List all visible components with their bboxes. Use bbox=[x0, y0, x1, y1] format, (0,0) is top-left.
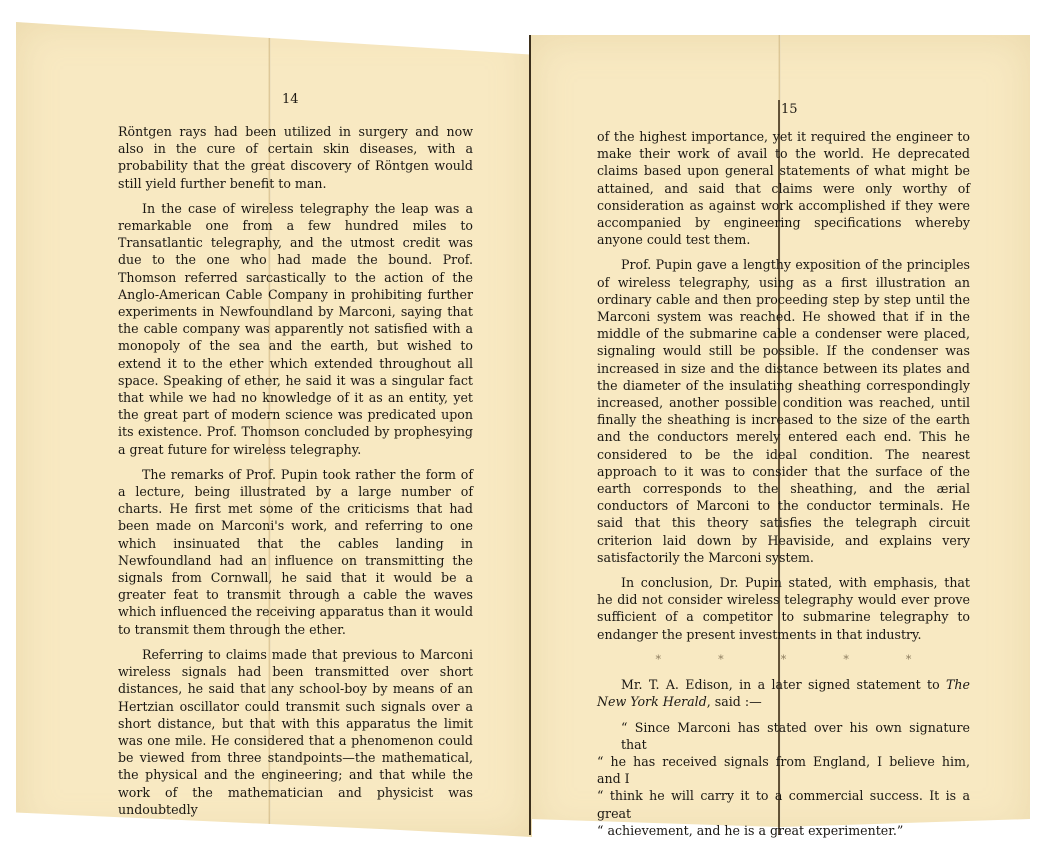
paragraph: of the highest importance, yet it requir… bbox=[597, 128, 970, 248]
edison-intro: Mr. T. A. Edison, in a later signed stat… bbox=[597, 676, 970, 710]
asterisk: * bbox=[781, 651, 787, 668]
paragraph: In conclusion, Dr. Pupin stated, with em… bbox=[597, 574, 970, 643]
paragraph: In the case of wireless telegraphy the l… bbox=[118, 200, 473, 458]
quote-line: “ he has received signals from England, … bbox=[597, 753, 970, 787]
paragraph: The remarks of Prof. Pupin took rather t… bbox=[118, 466, 473, 638]
quote-line: “ Since Marconi has stated over his own … bbox=[597, 719, 970, 753]
page-number-right: 15 bbox=[781, 102, 798, 117]
paragraph: Referring to claims made that previous t… bbox=[118, 646, 473, 818]
section-separator: * * * * * bbox=[627, 651, 940, 668]
left-page-text: Röntgen rays had been utilized in surger… bbox=[118, 123, 473, 826]
paragraph: Prof. Pupin gave a lengthy exposition of… bbox=[597, 256, 970, 566]
page-number-left: 14 bbox=[282, 92, 299, 107]
asterisk: * bbox=[718, 651, 724, 668]
intro-text: Mr. T. A. Edison, in a later signed stat… bbox=[621, 677, 946, 692]
paragraph: Röntgen rays had been utilized in surger… bbox=[118, 123, 473, 192]
edison-quote: “ Since Marconi has stated over his own … bbox=[597, 719, 970, 839]
asterisk: * bbox=[906, 651, 912, 668]
right-page-text: of the highest importance, yet it requir… bbox=[597, 128, 970, 839]
asterisk: * bbox=[656, 651, 662, 668]
quote-line: “ achievement, and he is a great experim… bbox=[597, 822, 970, 839]
book-spine bbox=[529, 35, 531, 835]
quote-line: “ think he will carry it to a commercial… bbox=[597, 787, 970, 821]
intro-text: , said :— bbox=[707, 694, 762, 709]
asterisk: * bbox=[843, 651, 849, 668]
